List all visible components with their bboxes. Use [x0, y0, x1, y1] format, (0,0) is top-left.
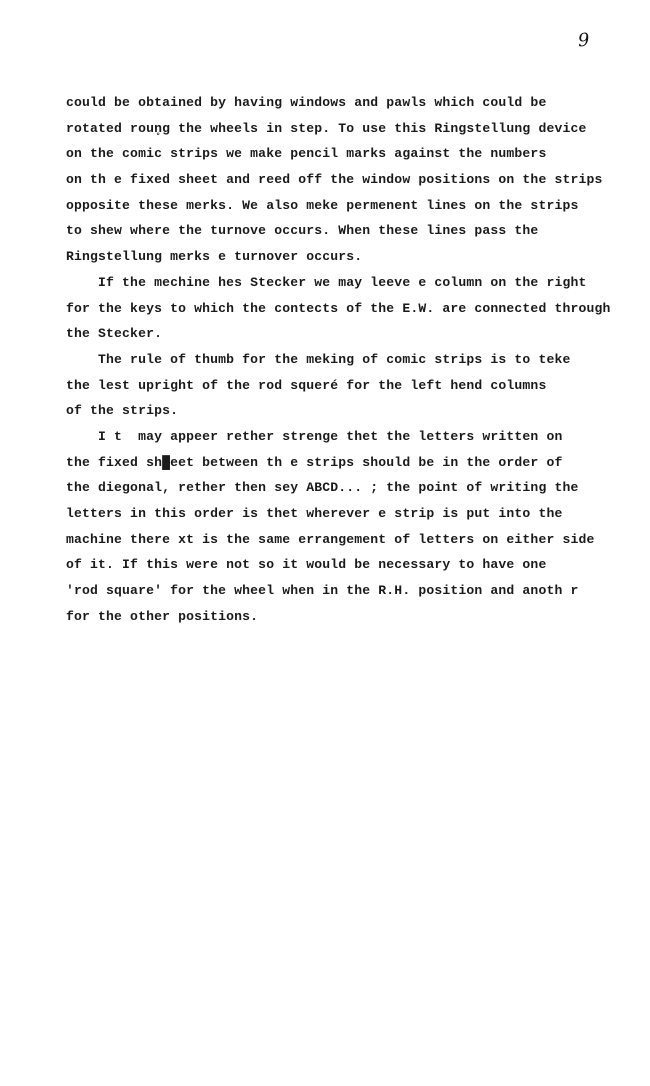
text-line: letters in this order is thet wherever e… [66, 506, 626, 532]
text-line: the diegonal, rether then sey ABCD... ; … [66, 480, 626, 506]
text-line: of the strips. [66, 403, 626, 429]
text-line: the Stecker. [66, 326, 626, 352]
text-line: for the other positions. [66, 609, 626, 635]
text-line: Ringstellung merks e turnover occurs. [66, 249, 626, 275]
paragraph-start-line: If the mechine hes Stecker we may leeve … [66, 275, 626, 301]
text-line: on the comic strips we make pencil marks… [66, 146, 626, 172]
text-line: 'rod square' for the wheel when in the R… [66, 583, 626, 609]
text-line: the fixed sh█eet between th e strips sho… [66, 455, 626, 481]
page-number: 9 [577, 30, 590, 52]
text-line: for the keys to which the contects of th… [66, 301, 626, 327]
text-line: the lest upright of the rod squeré for t… [66, 378, 626, 404]
text-line: to shew where the turnove occurs. When t… [66, 223, 626, 249]
text-line: on th e fixed sheet and reed off the win… [66, 172, 626, 198]
body-text: could be obtained by having windows and … [66, 95, 626, 634]
text-line: could be obtained by having windows and … [66, 95, 626, 121]
paragraph-start-line: I t may appeer rether strenge thet the l… [66, 429, 626, 455]
typewritten-page: 9 could be obtained by having windows an… [0, 0, 650, 1086]
text-line: machine there xt is the same errangement… [66, 532, 626, 558]
paragraph-start-line: The rule of thumb for the meking of comi… [66, 352, 626, 378]
text-line: opposite these merks. We also meke perme… [66, 198, 626, 224]
text-line: of it. If this were not so it would be n… [66, 557, 626, 583]
text-line: rotated roun̥g the wheels in step. To us… [66, 121, 626, 147]
